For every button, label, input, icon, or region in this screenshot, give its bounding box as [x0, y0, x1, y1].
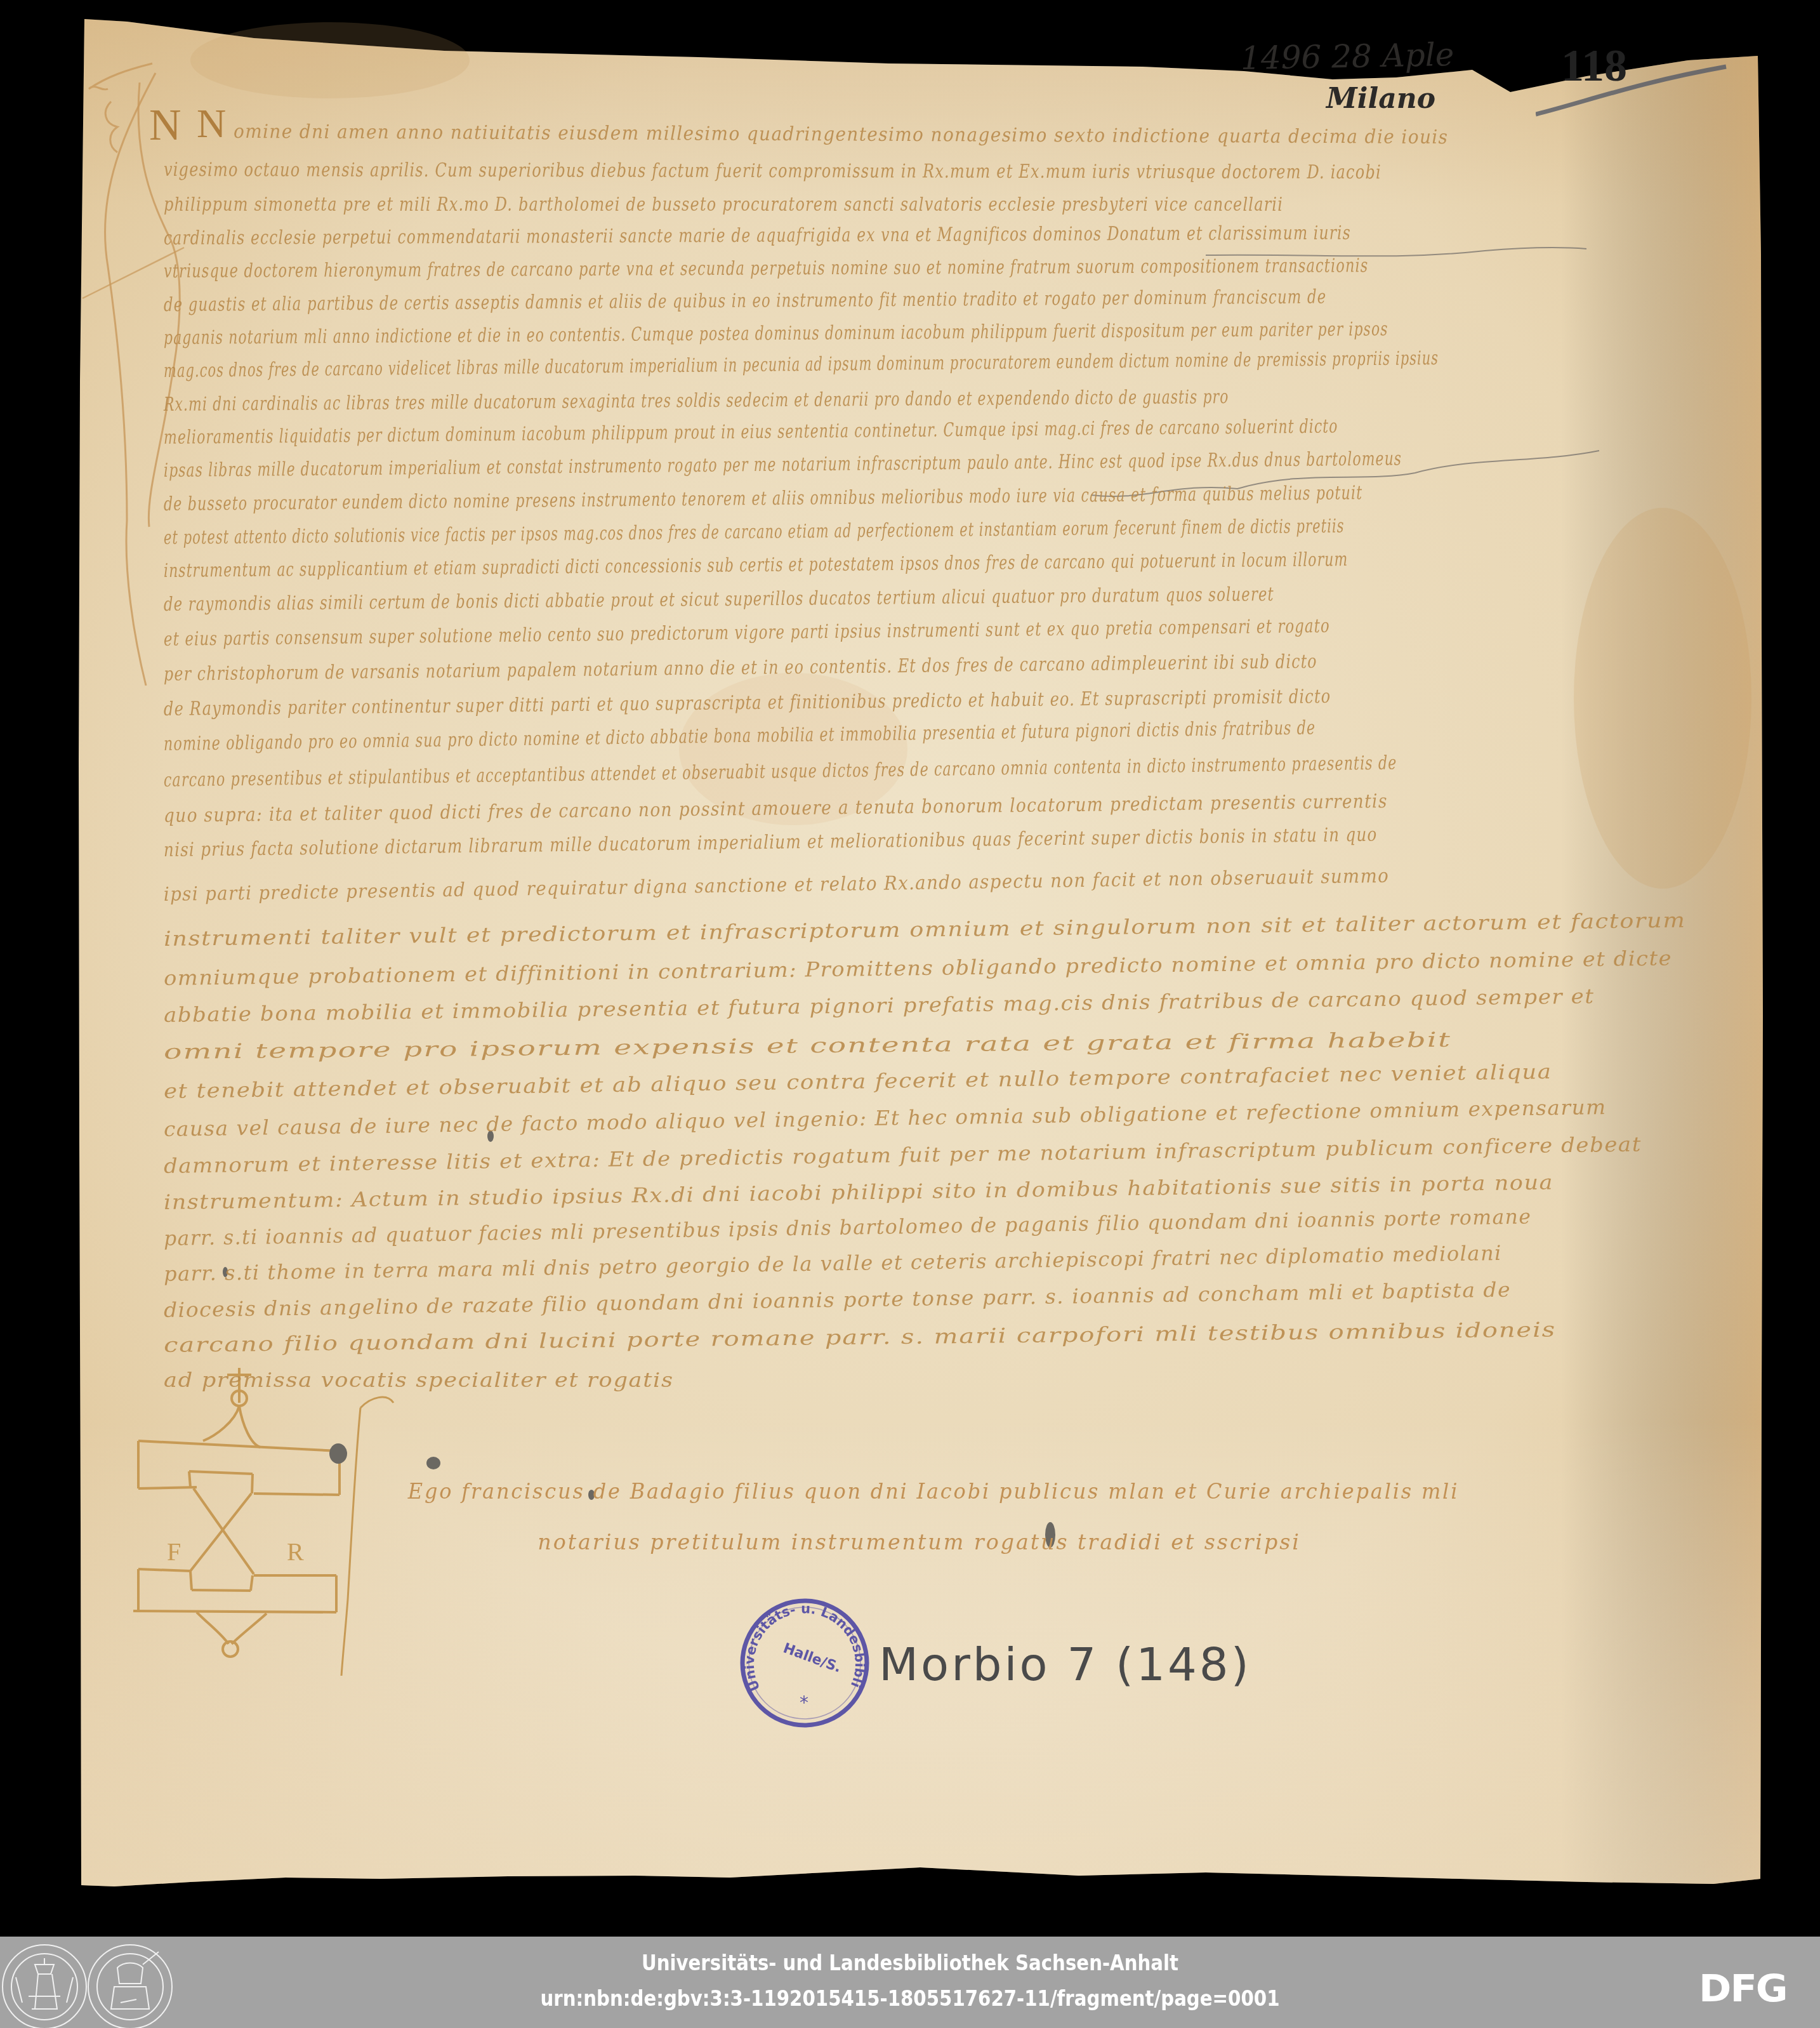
text-line: carcano presentibus et stipulantibus et …	[164, 752, 1397, 792]
text-line: de raymondis alias simili certum de boni…	[164, 583, 1274, 616]
text-line: omni tempore pro ipsorum expensis et con…	[164, 1028, 1452, 1064]
text-line: instrumentum ac supplicantium et etiam s…	[164, 548, 1348, 582]
text-line: instrumenti taliter vult et predictorum …	[164, 908, 1686, 951]
text-line: cardinalis ecclesie perpetui commendatar…	[164, 222, 1351, 249]
initial-letter: N	[197, 100, 226, 147]
text-line: carcano filio quondam dni lucini porte r…	[164, 1317, 1557, 1357]
text-line: et potest attento dicto solutionis vice …	[164, 515, 1345, 549]
text-line: vtriusque doctorem hieronymum fratres de…	[164, 255, 1369, 282]
dfg-logo: DFG	[1699, 1966, 1787, 2010]
shelfmark: Morbio 7 (148)	[879, 1638, 1251, 1691]
stamp-center-text: Halle/S.	[781, 1640, 843, 1676]
text-line: nisi prius facta solutione dictarum libr…	[164, 824, 1378, 861]
charter-text: N N omine dni amen anno natiuitatis eius…	[0, 0, 1820, 1937]
institution-name: Universitäts- und Landesbibliothek Sachs…	[128, 1951, 1692, 1976]
text-line: omine dni amen anno natiuitatis eiusdem …	[234, 121, 1448, 149]
text-line: ipsi parti predicte presentis ad quod re…	[164, 865, 1390, 906]
notary-subscription-line-1: Ego franciscus de Badagio filius quon dn…	[408, 1479, 1459, 1504]
text-line: philippum simonetta pre et mili Rx.mo D.…	[164, 194, 1283, 216]
text-line: per christophorum de varsanis notarium p…	[164, 651, 1317, 686]
text-line: diocesis dnis angelino de razate filio q…	[164, 1278, 1512, 1322]
text-line: de Raymondis pariter continentur super d…	[164, 686, 1331, 720]
text-line: quo supra: ita et taliter quod dicti fre…	[164, 790, 1388, 827]
text-line: causa vel causa de iure nec de facto mod…	[164, 1095, 1607, 1141]
text-line: damnorum et interesse litis et extra: Et…	[164, 1132, 1642, 1178]
pencil-place-annotation: Milano	[1326, 83, 1435, 115]
text-line: parr. s.ti thome in terra mara mli dnis …	[164, 1241, 1502, 1286]
text-line: Rx.mi dni cardinalis ac libras tres mill…	[164, 386, 1229, 416]
text-line: et eius partis consensum super solutione…	[164, 615, 1330, 651]
text-line: omniumque probationem et diffinitioni in…	[164, 946, 1673, 990]
text-line: nomine obligando pro eo omnia sua pro di…	[164, 717, 1316, 755]
text-line: ad premissa vocatis specialiter et rogat…	[164, 1368, 674, 1392]
text-line: melioramentis liquidatis per dictum domi…	[164, 415, 1338, 449]
footer-bar: Universitäts- und Landesbibliothek Sachs…	[0, 1937, 1820, 2028]
text-line: paganis notarium mli anno indictione et …	[164, 318, 1388, 349]
initial-letter: N	[149, 100, 181, 151]
strikethrough-mark	[1536, 51, 1739, 121]
parchment-sheet: F R Universitäts- u. Landesbibliothek	[0, 0, 1820, 1937]
text-line: abbatie bona mobilia et immobilia presen…	[164, 984, 1595, 1027]
text-line: de guastis et alia partibus de certis as…	[164, 286, 1326, 316]
pencil-date-annotation: 1496 28 Aple	[1241, 36, 1454, 77]
university-seal-halle-icon	[3, 1945, 86, 2028]
text-line: vigesimo octauo mensis aprilis. Cum supe…	[164, 159, 1381, 183]
text-line: mag.cos dnos fres de carcano videlicet l…	[164, 347, 1439, 382]
text-line: ipsas libras mille ducatorum imperialium…	[164, 447, 1402, 482]
notary-subscription-line-2: notarius pretitulum instrumentum rogatus…	[537, 1530, 1301, 1555]
document-viewer: F R Universitäts- u. Landesbibliothek	[0, 0, 1820, 1937]
urn-identifier[interactable]: urn:nbn:de:gbv:3:3-1192015415-1805517627…	[128, 1986, 1692, 2011]
text-line: et tenebit attendet et obseruabit et ab …	[164, 1059, 1552, 1103]
text-line: de busseto procurator eundem dicto nomin…	[164, 482, 1362, 515]
